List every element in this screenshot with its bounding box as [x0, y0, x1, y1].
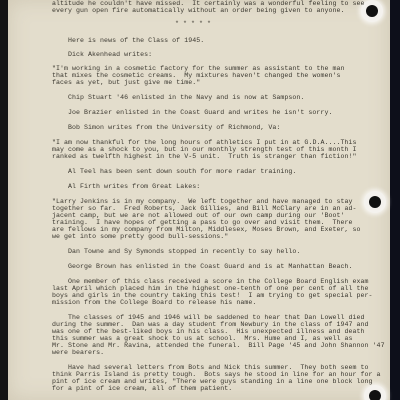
text-line: Here is news of the Class of 1945. [68, 37, 204, 44]
text-line: we get into some pretty good bull-sessio… [52, 233, 228, 240]
text-line: faces as yet, but just give me time." [52, 79, 200, 86]
scan-border [390, 0, 400, 400]
text-line: Chip Stuart '46 enlisted in the Navy and… [68, 94, 304, 101]
text-line: mission from the College Board to releas… [52, 299, 256, 306]
punch-hole-middle [364, 191, 386, 213]
text-line: Al Firth writes from Great Lakes: [68, 183, 200, 190]
text-line: Al Teel has been sent down south for mor… [68, 168, 296, 175]
text-line: Joe Brazier enlisted in the Coast Guard … [68, 109, 332, 116]
punch-hole-bottom [364, 385, 386, 400]
text-line: for a pint of ice cream, all of them pat… [52, 385, 232, 392]
text-line: George Brown has enlisted in the Coast G… [68, 263, 353, 270]
text-line: * * * * * [175, 20, 211, 27]
text-line: every gun open fire automatically withou… [52, 7, 345, 14]
text-line: ranked as twelfth highest in the V-5 uni… [52, 153, 357, 160]
text-line: were bearers. [52, 349, 104, 356]
text-line: Bob Simon writes from the University of … [68, 124, 280, 131]
text-line: Dick Akenhead writes: [68, 51, 152, 58]
text-line: Dan Towne and Sy Symonds stopped in rece… [68, 248, 300, 255]
